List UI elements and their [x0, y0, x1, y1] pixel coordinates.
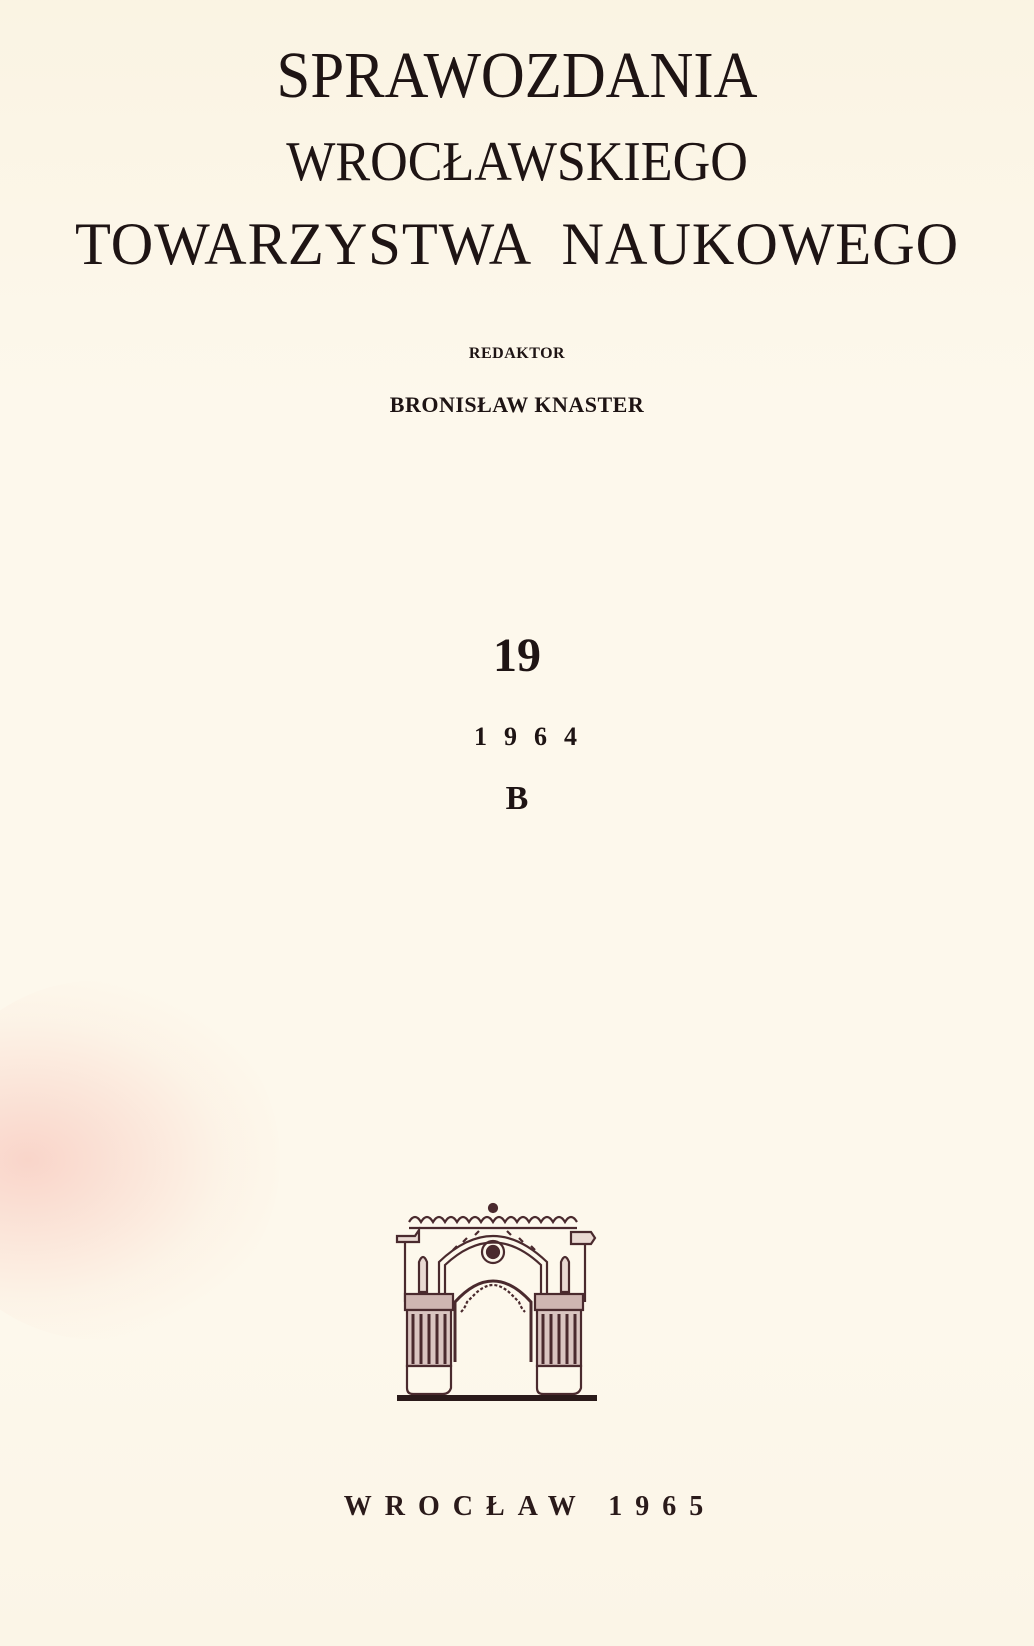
volume-series: B [0, 780, 1034, 818]
paper-stain [0, 980, 280, 1340]
title-line-2: WROCŁAWSKIEGO [36, 130, 998, 194]
title-line-1: SPRAWOZDANIA [41, 38, 992, 114]
imprint-place-year: WROCŁAW 1965 [0, 1491, 1034, 1523]
volume-number: 19 [0, 628, 1034, 683]
title-line-3: TOWARZYSTWANAUKOWEGO [10, 210, 1023, 279]
volume-year: 1964 [0, 722, 1034, 752]
editor-name: BRONISŁAW KNASTER [0, 392, 1034, 418]
title-word-naukowego: NAUKOWEGO [562, 211, 959, 277]
title-word-towarzystwa: TOWARZYSTWA [75, 211, 532, 277]
gothic-arch-emblem-icon [395, 1202, 600, 1402]
editor-label: REDAKTOR [0, 345, 1034, 363]
